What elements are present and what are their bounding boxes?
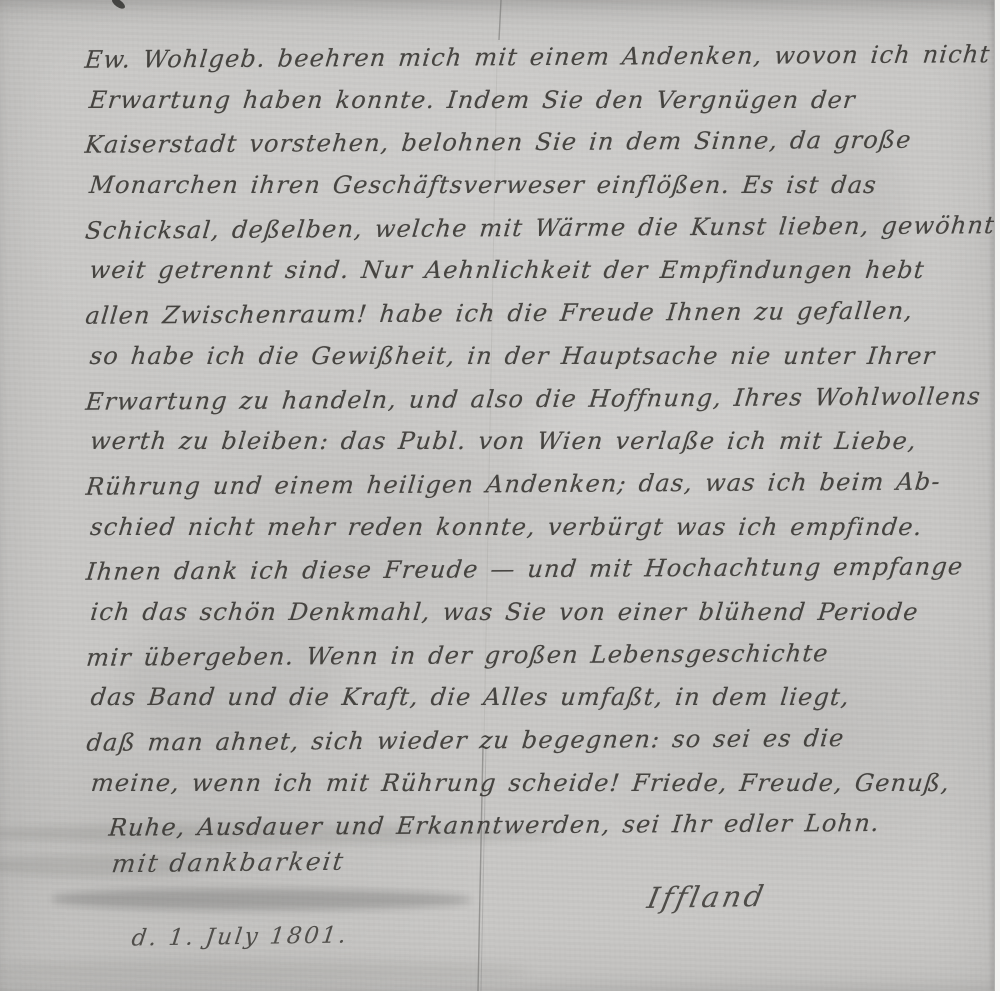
letter-page: Ew. Wohlgeb. beehren mich mit einem Ande… <box>0 0 1000 991</box>
letter-line: daß man ahnet, sich wieder zu begegnen: … <box>85 716 999 764</box>
letter-line: Monarchen ihren Geschäftsverweser einflö… <box>87 164 997 207</box>
letter-line: ich das schön Denkmahl, was Sie von eine… <box>88 591 998 634</box>
bleed-through-smudge <box>52 889 472 910</box>
closing-line: mit dankbarkeit <box>110 847 347 878</box>
letter-line: Erwartung zu handeln, und also die Hoffn… <box>84 375 998 423</box>
letter-line: weit getrennt sind. Nur Aehnlichkeit der… <box>87 249 997 292</box>
letter-line: Erwartung haben konnte. Indem Sie den Ve… <box>87 79 997 122</box>
dateline: d. 1. July 1801. <box>130 922 350 951</box>
bleed-through-smudge <box>0 960 530 982</box>
letter-line: Kaiserstadt vorstehen, belohnen Sie in d… <box>83 119 997 167</box>
letter-line: mir übergeben. Wenn in der großen Lebens… <box>84 631 998 679</box>
signature: Iffland <box>644 879 769 915</box>
letter-line: werth zu bleiben: das Publ. von Wien ver… <box>88 420 998 463</box>
paper-edge-right <box>994 0 1000 991</box>
letter-line: allen Zwischenraum! habe ich die Freude … <box>83 289 997 337</box>
ink-speck <box>110 0 126 11</box>
letter-line: Schicksal, deßelben, welche mit Wärme di… <box>83 204 997 252</box>
letter-line: Ew. Wohlgeb. beehren mich mit einem Ande… <box>83 33 997 81</box>
letter-body: Ew. Wohlgeb. beehren mich mit einem Ande… <box>85 35 997 848</box>
letter-line: schied nicht mehr reden konnte, verbürgt… <box>88 506 998 549</box>
letter-line: meine, wenn ich mit Rührung scheide! Fri… <box>89 762 999 805</box>
letter-line: so habe ich die Gewißheit, in der Haupts… <box>88 335 998 378</box>
letter-line: Ihnen dank ich diese Freude — und mit Ho… <box>84 545 998 593</box>
letter-line: Rührung und einem heiligen Andenken; das… <box>84 460 998 508</box>
letter-line: Ruhe, Ausdauer und Erkanntwerden, sei Ih… <box>107 802 999 850</box>
letter-line: das Band und die Kraft, die Alles umfaßt… <box>89 676 999 719</box>
